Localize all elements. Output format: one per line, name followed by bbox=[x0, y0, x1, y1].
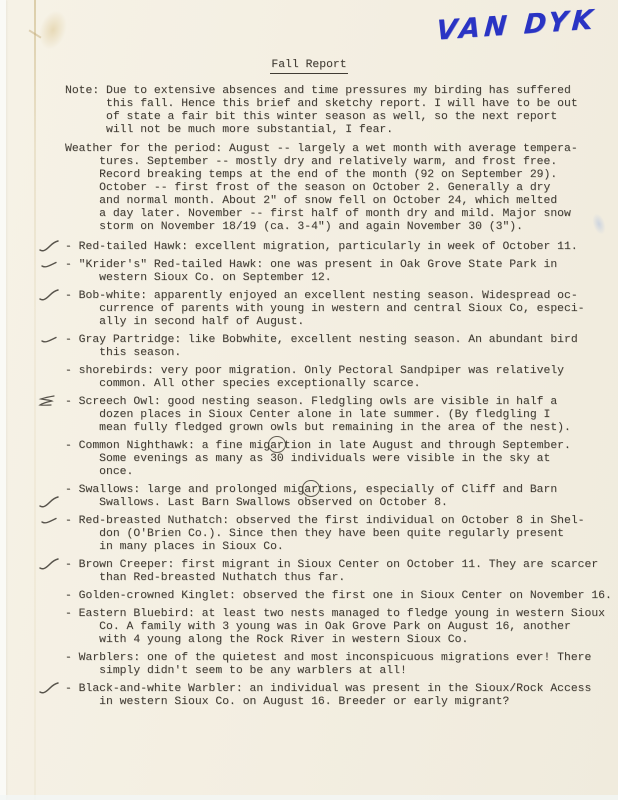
paper-bottom-edge bbox=[0, 795, 618, 800]
entry-text: - Warblers: one of the quietest and most… bbox=[65, 652, 610, 678]
report-entry-red-tailed-hawk: - Red-tailed Hawk: excellent migration, … bbox=[65, 241, 610, 254]
document-body: Note: Due to extensive absences and time… bbox=[65, 85, 610, 709]
entry-text: - Gray Partridge: like Bobwhite, excelle… bbox=[65, 334, 610, 360]
handwritten-checkmark-icon bbox=[38, 332, 60, 347]
report-entry-eastern-bluebird: - Eastern Bluebird: at least two nests m… bbox=[65, 608, 610, 647]
handwritten-name: VAN DYK bbox=[435, 4, 598, 46]
handwritten-checkmark-icon bbox=[38, 513, 60, 528]
report-entry-common-nighthawk: - Common Nighthawk: a fine migartion in … bbox=[65, 440, 610, 479]
report-entry-gray-partridge: - Gray Partridge: like Bobwhite, excelle… bbox=[65, 334, 610, 360]
handwritten-scribble-icon bbox=[38, 394, 60, 409]
handwritten-checkmark-icon bbox=[38, 239, 60, 254]
report-entry-screech-owl: - Screech Owl: good nesting season. Fled… bbox=[65, 396, 610, 435]
entry-text: - Eastern Bluebird: at least two nests m… bbox=[65, 608, 610, 647]
weather-paragraph: Weather for the period: August -- largel… bbox=[65, 143, 610, 234]
report-entry-brown-creeper: - Brown Creeper: first migrant in Sioux … bbox=[65, 559, 610, 585]
entry-text: - Brown Creeper: first migrant in Sioux … bbox=[65, 559, 610, 585]
handwritten-checkmark-icon bbox=[38, 681, 60, 696]
entry-text: - Golden-crowned Kinglet: observed the f… bbox=[65, 590, 610, 603]
entry-text: - Red-breasted Nuthatch: observed the fi… bbox=[65, 515, 610, 554]
handwritten-checkmark-icon bbox=[38, 288, 60, 303]
report-entry-warblers: - Warblers: one of the quietest and most… bbox=[65, 652, 610, 678]
paper-stain bbox=[34, 7, 71, 53]
report-entry-black-and-white-warbler: - Black-and-white Warbler: an individual… bbox=[65, 683, 610, 709]
page-title: Fall Report bbox=[270, 59, 347, 74]
scanned-document: { "page": { "handwritten_name": "VAN DYK… bbox=[0, 0, 618, 800]
paper-left-edge bbox=[0, 0, 6, 800]
report-entry-shorebirds: - shorebirds: very poor migration. Only … bbox=[65, 365, 610, 391]
entry-text: - "Krider's" Red-tailed Hawk: one was pr… bbox=[65, 259, 610, 285]
report-entry-swallows: - Swallows: large and prolonged migartio… bbox=[65, 484, 610, 510]
entry-text: - Black-and-white Warbler: an individual… bbox=[65, 683, 610, 709]
report-entry-red-breasted-nuthatch: - Red-breasted Nuthatch: observed the fi… bbox=[65, 515, 610, 554]
title-row: Fall Report bbox=[0, 54, 618, 74]
handwritten-checkmark-icon bbox=[38, 257, 60, 272]
report-entry-bob-white: - Bob-white: apparently enjoyed an excel… bbox=[65, 290, 610, 329]
entry-text: - Bob-white: apparently enjoyed an excel… bbox=[65, 290, 610, 329]
handwritten-checkmark-icon bbox=[38, 495, 60, 510]
report-entry-golden-crowned-kinglet: - Golden-crowned Kinglet: observed the f… bbox=[65, 590, 610, 603]
report-entry-kriders-red-tailed-hawk: - "Krider's" Red-tailed Hawk: one was pr… bbox=[65, 259, 610, 285]
entry-text: - Screech Owl: good nesting season. Fled… bbox=[65, 396, 610, 435]
bird-report-list: - Red-tailed Hawk: excellent migration, … bbox=[65, 241, 610, 709]
paper-crease bbox=[34, 0, 36, 800]
typo-circle-annotation: ar bbox=[304, 484, 318, 496]
entry-text: - Common Nighthawk: a fine migartion in … bbox=[65, 440, 610, 479]
note-paragraph: Note: Due to extensive absences and time… bbox=[65, 85, 610, 137]
typo-circle-annotation: ar bbox=[270, 440, 284, 452]
entry-text: - Red-tailed Hawk: excellent migration, … bbox=[65, 241, 610, 254]
handwritten-checkmark-icon bbox=[38, 557, 60, 572]
entry-text: - shorebirds: very poor migration. Only … bbox=[65, 365, 610, 391]
entry-text: - Swallows: large and prolonged migartio… bbox=[65, 484, 610, 510]
